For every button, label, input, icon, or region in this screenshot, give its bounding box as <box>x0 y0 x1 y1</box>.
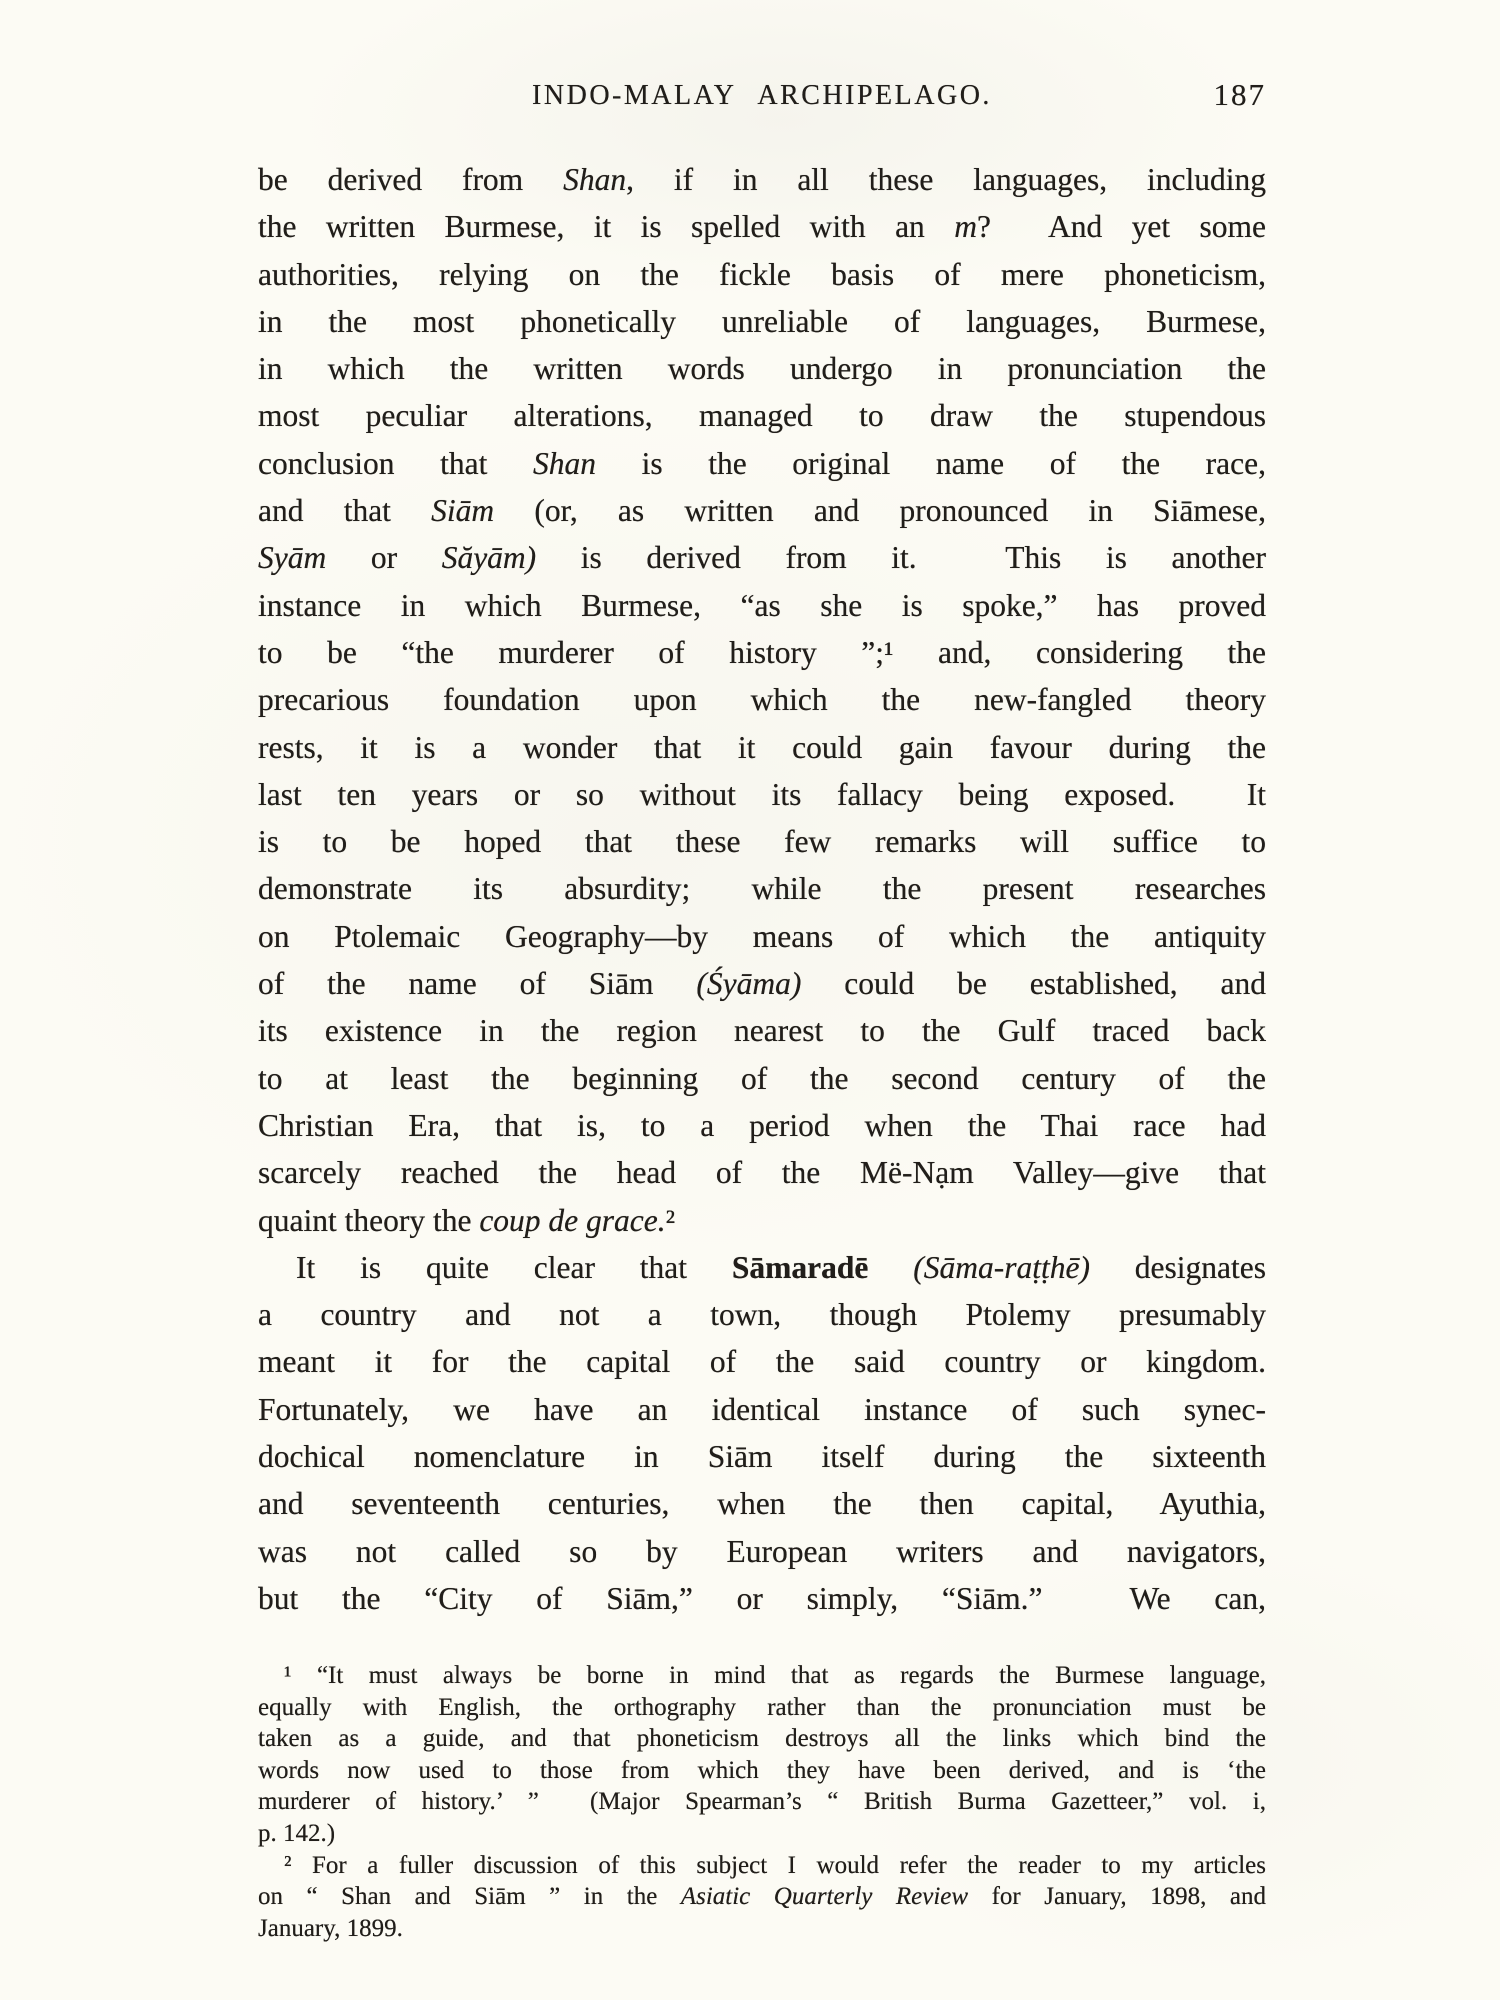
text-segment: p. 142.) <box>258 1820 335 1847</box>
text-segment: to at least the beginning of the second … <box>258 1061 1266 1096</box>
italic-text: coup de grace. <box>479 1203 665 1238</box>
text-line: most peculiar alterations, managed to dr… <box>258 392 1266 439</box>
text-line: in the most phonetically unreliable of l… <box>258 298 1266 345</box>
italic-text: Săyām) <box>442 540 536 575</box>
text-line: murderer of history.’ ” (Major Spearman’… <box>258 1786 1266 1818</box>
italic-text: Siām <box>431 493 494 528</box>
text-segment: rests, it is a wonder that it could gain… <box>258 730 1266 765</box>
italic-text: Asiatic Quarterly Review <box>681 1883 968 1910</box>
text-segment: scarcely reached the head of the Më-Nạm … <box>258 1155 1266 1190</box>
text-segment: demonstrate its absurdity; while the pre… <box>258 871 1266 906</box>
text-segment: but the “City of Siām,” or simply, “Siām… <box>258 1581 1266 1616</box>
text-line: ² For a fuller discussion of this subjec… <box>258 1850 1266 1882</box>
text-segment: designates <box>1090 1250 1266 1285</box>
body-text: be derived from Shan, if in all these la… <box>258 156 1266 1622</box>
text-line: authorities, relying on the fickle basis… <box>258 251 1266 298</box>
text-line: the written Burmese, it is spelled with … <box>258 203 1266 250</box>
text-line: but the “City of Siām,” or simply, “Siām… <box>258 1575 1266 1622</box>
text-segment: ² For a fuller discussion of this subjec… <box>284 1852 1266 1879</box>
text-segment: quaint theory the <box>258 1203 479 1238</box>
text-line: and that Siām (or, as written and pronou… <box>258 487 1266 534</box>
italic-text: (Śyāma) <box>696 966 801 1001</box>
text-segment: and seventeenth centuries, when the then… <box>258 1486 1266 1521</box>
text-segment: and that <box>258 493 431 528</box>
text-line: is to be hoped that these few remarks wi… <box>258 818 1266 865</box>
text-segment: is to be hoped that these few remarks wi… <box>258 824 1266 859</box>
text-line: It is quite clear that Sāmaradē (Sāma-ra… <box>258 1244 1266 1291</box>
text-line: ¹ “It must always be borne in mind that … <box>258 1660 1266 1692</box>
text-segment: a country and not a town, though Ptolemy… <box>258 1297 1266 1332</box>
page-header: INDO-MALAY ARCHIPELAGO. 187 <box>258 80 1266 112</box>
text-segment: or <box>326 540 441 575</box>
text-segment <box>868 1250 913 1285</box>
text-line: Syām or Săyām) is derived from it. This … <box>258 534 1266 581</box>
text-segment: is the original name of the race, <box>596 446 1266 481</box>
text-segment: instance in which Burmese, “as she is sp… <box>258 588 1266 623</box>
text-line: p. 142.) <box>258 1818 1266 1850</box>
book-page: INDO-MALAY ARCHIPELAGO. 187 be derived f… <box>0 0 1500 2000</box>
footnotes: ¹ “It must always be borne in mind that … <box>258 1660 1266 1944</box>
text-segment: precarious foundation upon which the new… <box>258 682 1266 717</box>
text-line: to at least the beginning of the second … <box>258 1055 1266 1102</box>
text-line: on Ptolemaic Geography—by means of which… <box>258 913 1266 960</box>
text-line: Fortunately, we have an identical instan… <box>258 1386 1266 1433</box>
text-segment: Christian Era, that is, to a period when… <box>258 1108 1266 1143</box>
italic-text: (Sāma-raṭṭhē) <box>913 1250 1090 1285</box>
paragraph: ² For a fuller discussion of this subjec… <box>258 1850 1266 1945</box>
text-segment: equally with English, the orthography ra… <box>258 1694 1266 1721</box>
text-line: January, 1899. <box>258 1913 1266 1945</box>
text-segment: could be established, and <box>801 966 1266 1001</box>
text-line: Christian Era, that is, to a period when… <box>258 1102 1266 1149</box>
text-segment: is derived from it. This is another <box>536 540 1266 575</box>
text-line: quaint theory the coup de grace.² <box>258 1197 1266 1244</box>
text-segment: ² <box>666 1203 675 1238</box>
text-segment: murderer of history.’ ” (Major Spearman’… <box>258 1788 1266 1815</box>
text-line: to be “the murderer of history ”;¹ and, … <box>258 629 1266 676</box>
text-segment: , if in all these languages, including <box>626 162 1266 197</box>
paragraph: be derived from Shan, if in all these la… <box>258 156 1266 1244</box>
text-segment: on “ Shan and Siām ” in the <box>258 1883 681 1910</box>
text-segment: last ten years or so without its fallacy… <box>258 777 1266 812</box>
text-segment: conclusion that <box>258 446 533 481</box>
text-segment: dochical nomenclature in Siām itself dur… <box>258 1439 1266 1474</box>
text-segment: (or, as written and pronounced in Siāmes… <box>494 493 1266 528</box>
text-segment: authorities, relying on the fickle basis… <box>258 257 1266 292</box>
paragraph: It is quite clear that Sāmaradē (Sāma-ra… <box>258 1244 1266 1622</box>
text-segment: most peculiar alterations, managed to dr… <box>258 398 1266 433</box>
text-segment: meant it for the capital of the said cou… <box>258 1344 1266 1379</box>
text-segment: was not called so by European writers an… <box>258 1534 1266 1569</box>
text-segment: in which the written words undergo in pr… <box>258 351 1266 386</box>
text-segment: Fortunately, we have an identical instan… <box>258 1392 1266 1427</box>
text-segment: for January, 1898, and <box>968 1883 1266 1910</box>
text-segment: It is quite clear that <box>296 1250 732 1285</box>
text-line: demonstrate its absurdity; while the pre… <box>258 865 1266 912</box>
text-segment: to be “the murderer of history ”;¹ and, … <box>258 635 1266 670</box>
text-line: a country and not a town, though Ptolemy… <box>258 1291 1266 1338</box>
text-line: on “ Shan and Siām ” in the Asiatic Quar… <box>258 1881 1266 1913</box>
italic-text: Syām <box>258 540 326 575</box>
running-title: INDO-MALAY ARCHIPELAGO. <box>532 80 992 111</box>
page-number: 187 <box>1214 77 1267 113</box>
paragraph: ¹ “It must always be borne in mind that … <box>258 1660 1266 1850</box>
text-line: in which the written words undergo in pr… <box>258 345 1266 392</box>
text-line: and seventeenth centuries, when the then… <box>258 1480 1266 1527</box>
text-segment: in the most phonetically unreliable of l… <box>258 304 1266 339</box>
text-line: its existence in the region nearest to t… <box>258 1007 1266 1054</box>
text-segment: words now used to those from which they … <box>258 1757 1266 1784</box>
text-line: scarcely reached the head of the Më-Nạm … <box>258 1149 1266 1196</box>
text-line: meant it for the capital of the said cou… <box>258 1338 1266 1385</box>
italic-text: Shan <box>533 446 596 481</box>
text-line: precarious foundation upon which the new… <box>258 676 1266 723</box>
bold-text: Sāmaradē <box>732 1250 869 1285</box>
text-line: instance in which Burmese, “as she is sp… <box>258 582 1266 629</box>
text-line: words now used to those from which they … <box>258 1755 1266 1787</box>
text-segment: ¹ “It must always be borne in mind that … <box>284 1662 1266 1689</box>
text-line: rests, it is a wonder that it could gain… <box>258 724 1266 771</box>
text-segment: its existence in the region nearest to t… <box>258 1013 1266 1048</box>
text-line: of the name of Siām (Śyāma) could be est… <box>258 960 1266 1007</box>
text-line: taken as a guide, and that phoneticism d… <box>258 1723 1266 1755</box>
text-segment: taken as a guide, and that phoneticism d… <box>258 1725 1266 1752</box>
text-segment: of the name of Siām <box>258 966 696 1001</box>
text-line: equally with English, the orthography ra… <box>258 1692 1266 1724</box>
text-line: last ten years or so without its fallacy… <box>258 771 1266 818</box>
text-segment: January, 1899. <box>258 1915 403 1942</box>
text-line: was not called so by European writers an… <box>258 1528 1266 1575</box>
text-segment: the written Burmese, it is spelled with … <box>258 209 954 244</box>
text-segment: on Ptolemaic Geography—by means of which… <box>258 919 1266 954</box>
text-line: be derived from Shan, if in all these la… <box>258 156 1266 203</box>
italic-text: m <box>954 209 977 244</box>
text-segment: be derived from <box>258 162 563 197</box>
text-segment: ? And yet some <box>977 209 1266 244</box>
italic-text: Shan <box>563 162 626 197</box>
text-line: conclusion that Shan is the original nam… <box>258 440 1266 487</box>
text-line: dochical nomenclature in Siām itself dur… <box>258 1433 1266 1480</box>
